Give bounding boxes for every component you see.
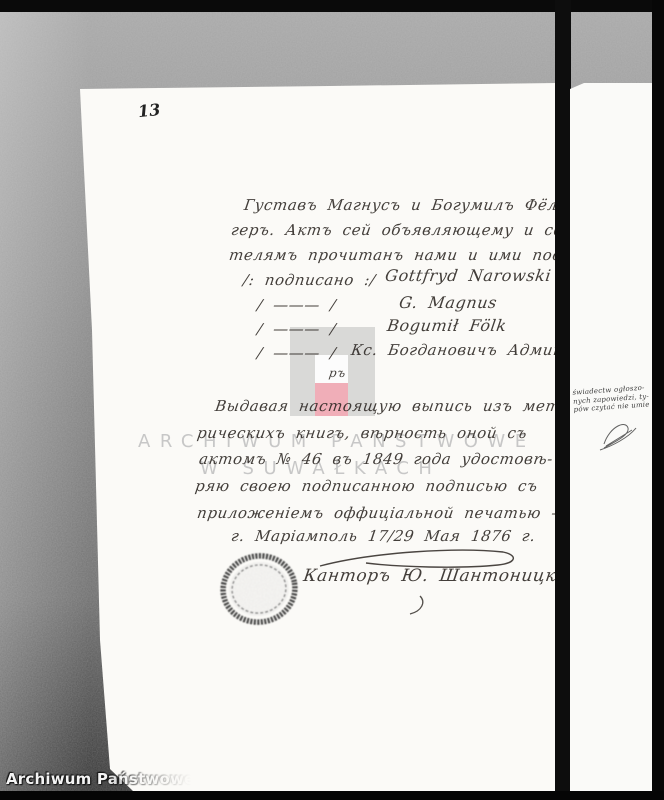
signature-left-mark: / ——— / (256, 296, 337, 314)
margin-note: świadectw ogłoszo- nych zapowiedzi, ty- … (572, 383, 652, 414)
round-ink-stamp (218, 551, 300, 627)
manuscript-line: приложеніемъ оффиціальной печатью — (196, 504, 568, 522)
manuscript-line: Выдавая настоящую выпись изъ мет- (214, 397, 567, 415)
scan-bottom-black-band (0, 791, 664, 800)
signature-tail-flourish (404, 594, 430, 618)
manuscript-line: геръ. Актъ сей объявляющему и свидѣ- (230, 221, 604, 239)
signature-name: Gottfryd Narowski (384, 266, 553, 285)
signature-name: G. Magnus (398, 293, 498, 312)
archive-caption: Archiwum Państwowe (6, 770, 194, 788)
signature-name-continuation: ръ (328, 366, 347, 380)
signature-name: Bogumił Fölk (386, 316, 508, 335)
signature-left-mark: / ——— / (256, 320, 337, 338)
signature-left-mark: /: подписано :/ (242, 271, 377, 289)
manuscript-line: актомъ № 46 въ 1849 года удостовѣ- (198, 450, 554, 468)
book-gutter (555, 0, 571, 794)
margin-paraph-flourish (598, 418, 638, 452)
archival-scan: ARCHIWUM PAŃSTWOWE W SUWAŁKACH 13 Густав… (0, 0, 664, 800)
page-number: 13 (137, 100, 161, 121)
manuscript-line: ряю своею подписанною подписью съ (194, 477, 539, 495)
scan-right-black-edge (652, 0, 664, 800)
manuscript-line: Густавъ Магнусъ и Богумилъ Фёльк- (243, 196, 583, 214)
signature-left-mark: / ——— / (256, 344, 337, 362)
dateline: г. Маріамполь 17/29 Мая 1876 г. (230, 527, 537, 545)
notary-signature: Канторъ Ю. Шантоницкій (302, 566, 575, 586)
manuscript-line: рическихъ книгъ, вѣрность оной съ (196, 424, 528, 442)
